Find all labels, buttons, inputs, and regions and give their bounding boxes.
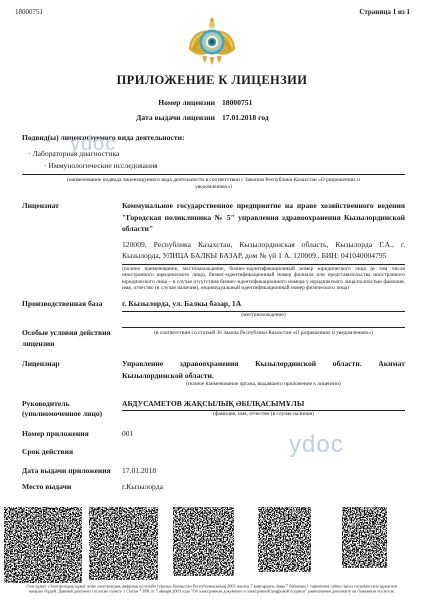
attachment-number-value: 001: [122, 428, 405, 440]
field-row-issue-place: Место выдачи г.Кызылорда: [22, 481, 405, 493]
special-conditions-caption: (в соответствии со статьей 36 Закона Рес…: [122, 327, 405, 336]
field-row-licensee: Лицензиат Коммунальное государственное п…: [22, 200, 405, 292]
license-issue-date-line: Дата выдачи лицензии 17.01.2018 год: [0, 113, 424, 123]
footer-legal-text: Осы құжат «Электрондық құжат және электр…: [0, 584, 424, 594]
subtype-item: Лабораторная диагностика: [22, 148, 405, 160]
attachment-number-label: Номер приложения: [22, 428, 122, 440]
qr-code-strip: [4, 507, 420, 583]
licensor-value: Управление здравоохранения Кызылординско…: [122, 358, 405, 381]
qr-code: [4, 507, 82, 583]
field-row-attachment-number: Номер приложения 001: [22, 428, 405, 440]
divider-line: [122, 264, 405, 265]
head-label: Руководитель (уполномоченное лицо): [22, 398, 122, 420]
divider-line: [22, 174, 405, 175]
special-conditions-label: Особые условия действия лицензии: [22, 327, 122, 349]
subtypes-heading: Подвид(ы) лицензируемого вида деятельнос…: [22, 133, 405, 143]
issue-place-label: Место выдачи: [22, 481, 122, 493]
kazakhstan-emblem-icon: [183, 17, 241, 67]
page-indicator: Страница 1 из 1: [359, 8, 410, 17]
licensee-caption: (полное наименование, местонахождение, б…: [122, 266, 405, 292]
issue-place-value: г.Кызылорда: [122, 481, 405, 493]
license-attachment-document: 18000751 Страница 1 из 1 ПРИЛОЖЕНИЕ К ЛИ…: [0, 0, 424, 600]
subtypes-caption: (наименование подвида лицензируемого вид…: [22, 177, 405, 190]
header-doc-number: 18000751: [15, 8, 43, 17]
validity-label: Срок действия: [22, 446, 122, 458]
emblem-container: [0, 17, 424, 67]
license-number-value: 18000751: [222, 98, 252, 108]
field-row-validity: Срок действия: [22, 446, 405, 458]
subtypes-list: Лабораторная диагностика Иммунологически…: [22, 148, 405, 171]
licensee-label: Лицензиат: [22, 200, 122, 212]
license-issue-date-value: 17.01.2018 год: [222, 113, 269, 123]
production-base-value: г. Кызылорда, ул. Балкы базар, 1А: [122, 298, 405, 312]
field-row-special-conditions: Особые условия действия лицензии (в соот…: [22, 327, 405, 349]
document-header: 18000751 Страница 1 из 1: [0, 0, 424, 17]
licensee-name: Коммунальное государственное предприятие…: [122, 200, 405, 235]
head-caption: (фамилия, имя, отчество (в случае наличи…: [122, 411, 405, 418]
production-base-label: Производственная база: [22, 298, 122, 310]
license-number-line: Номер лицензии 18000751: [0, 98, 424, 108]
page-title: ПРИЛОЖЕНИЕ К ЛИЦЕНЗИИ: [0, 73, 424, 88]
production-base-caption: (местонахождение): [122, 312, 405, 319]
licensor-caption: (полное наименование органа, выдавшего п…: [122, 381, 405, 388]
footer-line-ru: маңызы бірдей. Данный документ согласно …: [0, 589, 424, 594]
attachment-issue-date-label: Дата выдачи приложения: [22, 465, 122, 477]
field-row-head: Руководитель (уполномоченное лицо) АБДУС…: [22, 398, 405, 420]
license-number-label: Номер лицензии: [0, 98, 215, 108]
qr-code: [258, 507, 336, 583]
field-row-licensor: Лицензиар Управление здравоохранения Кыз…: [22, 358, 405, 388]
field-row-attachment-issue-date: Дата выдачи приложения 17.01.2018: [22, 465, 405, 477]
qr-code: [89, 507, 167, 583]
licensor-label: Лицензиар: [22, 358, 122, 370]
attachment-issue-date-value: 17.01.2018: [122, 465, 405, 477]
field-row-production-base: Производственная база г. Кызылорда, ул. …: [22, 298, 405, 318]
head-name: АБДУСАМЕТОВ ЖАҚСЫЛЫҚ ӘБІЛҚАСЫМҰЛЫ: [122, 398, 405, 412]
subtype-item: Иммунологические исследования: [22, 160, 405, 172]
licensee-address: 120009, Республика Казахстан, Кызылордин…: [122, 239, 405, 262]
qr-code: [342, 507, 420, 583]
qr-code: [173, 507, 251, 583]
license-issue-date-label: Дата выдачи лицензии: [0, 113, 215, 123]
